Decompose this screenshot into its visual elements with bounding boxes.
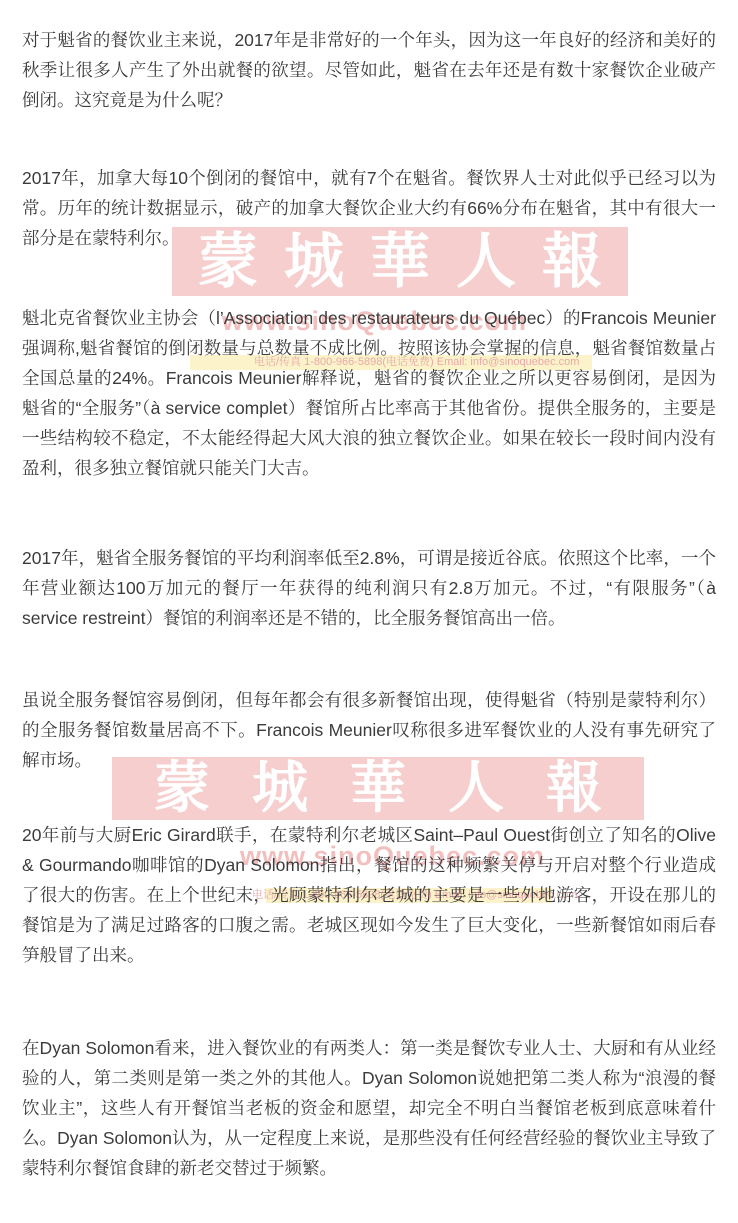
- article-paragraph: 魁北克省餐饮业主协会（l’Association des restaurateu…: [22, 303, 716, 483]
- article-paragraph: 虽说全服务餐馆容易倒闭，但每年都会有很多新餐馆出现，使得魁省（特别是蒙特利尔）的…: [22, 685, 716, 775]
- article-paragraph: 对于魁省的餐饮业主来说，2017年是非常好的一个年头，因为这一年良好的经济和美好…: [22, 25, 716, 115]
- article-paragraph: 在Dyan Solomon看来，进入餐饮业的有两类人：第一类是餐饮专业人士、大厨…: [22, 1033, 716, 1183]
- article-paragraph: 2017年，加拿大每10个倒闭的餐馆中，就有7个在魁省。餐饮界人士对此似乎已经习…: [22, 163, 716, 253]
- article-paragraph: 2017年，魁省全服务餐馆的平均利润率低至2.8%，可谓是接近谷底。依照这个比率…: [22, 543, 716, 633]
- article-paragraph: 20年前与大厨Eric Girard联手，在蒙特利尔老城区Saint–Paul …: [22, 820, 716, 970]
